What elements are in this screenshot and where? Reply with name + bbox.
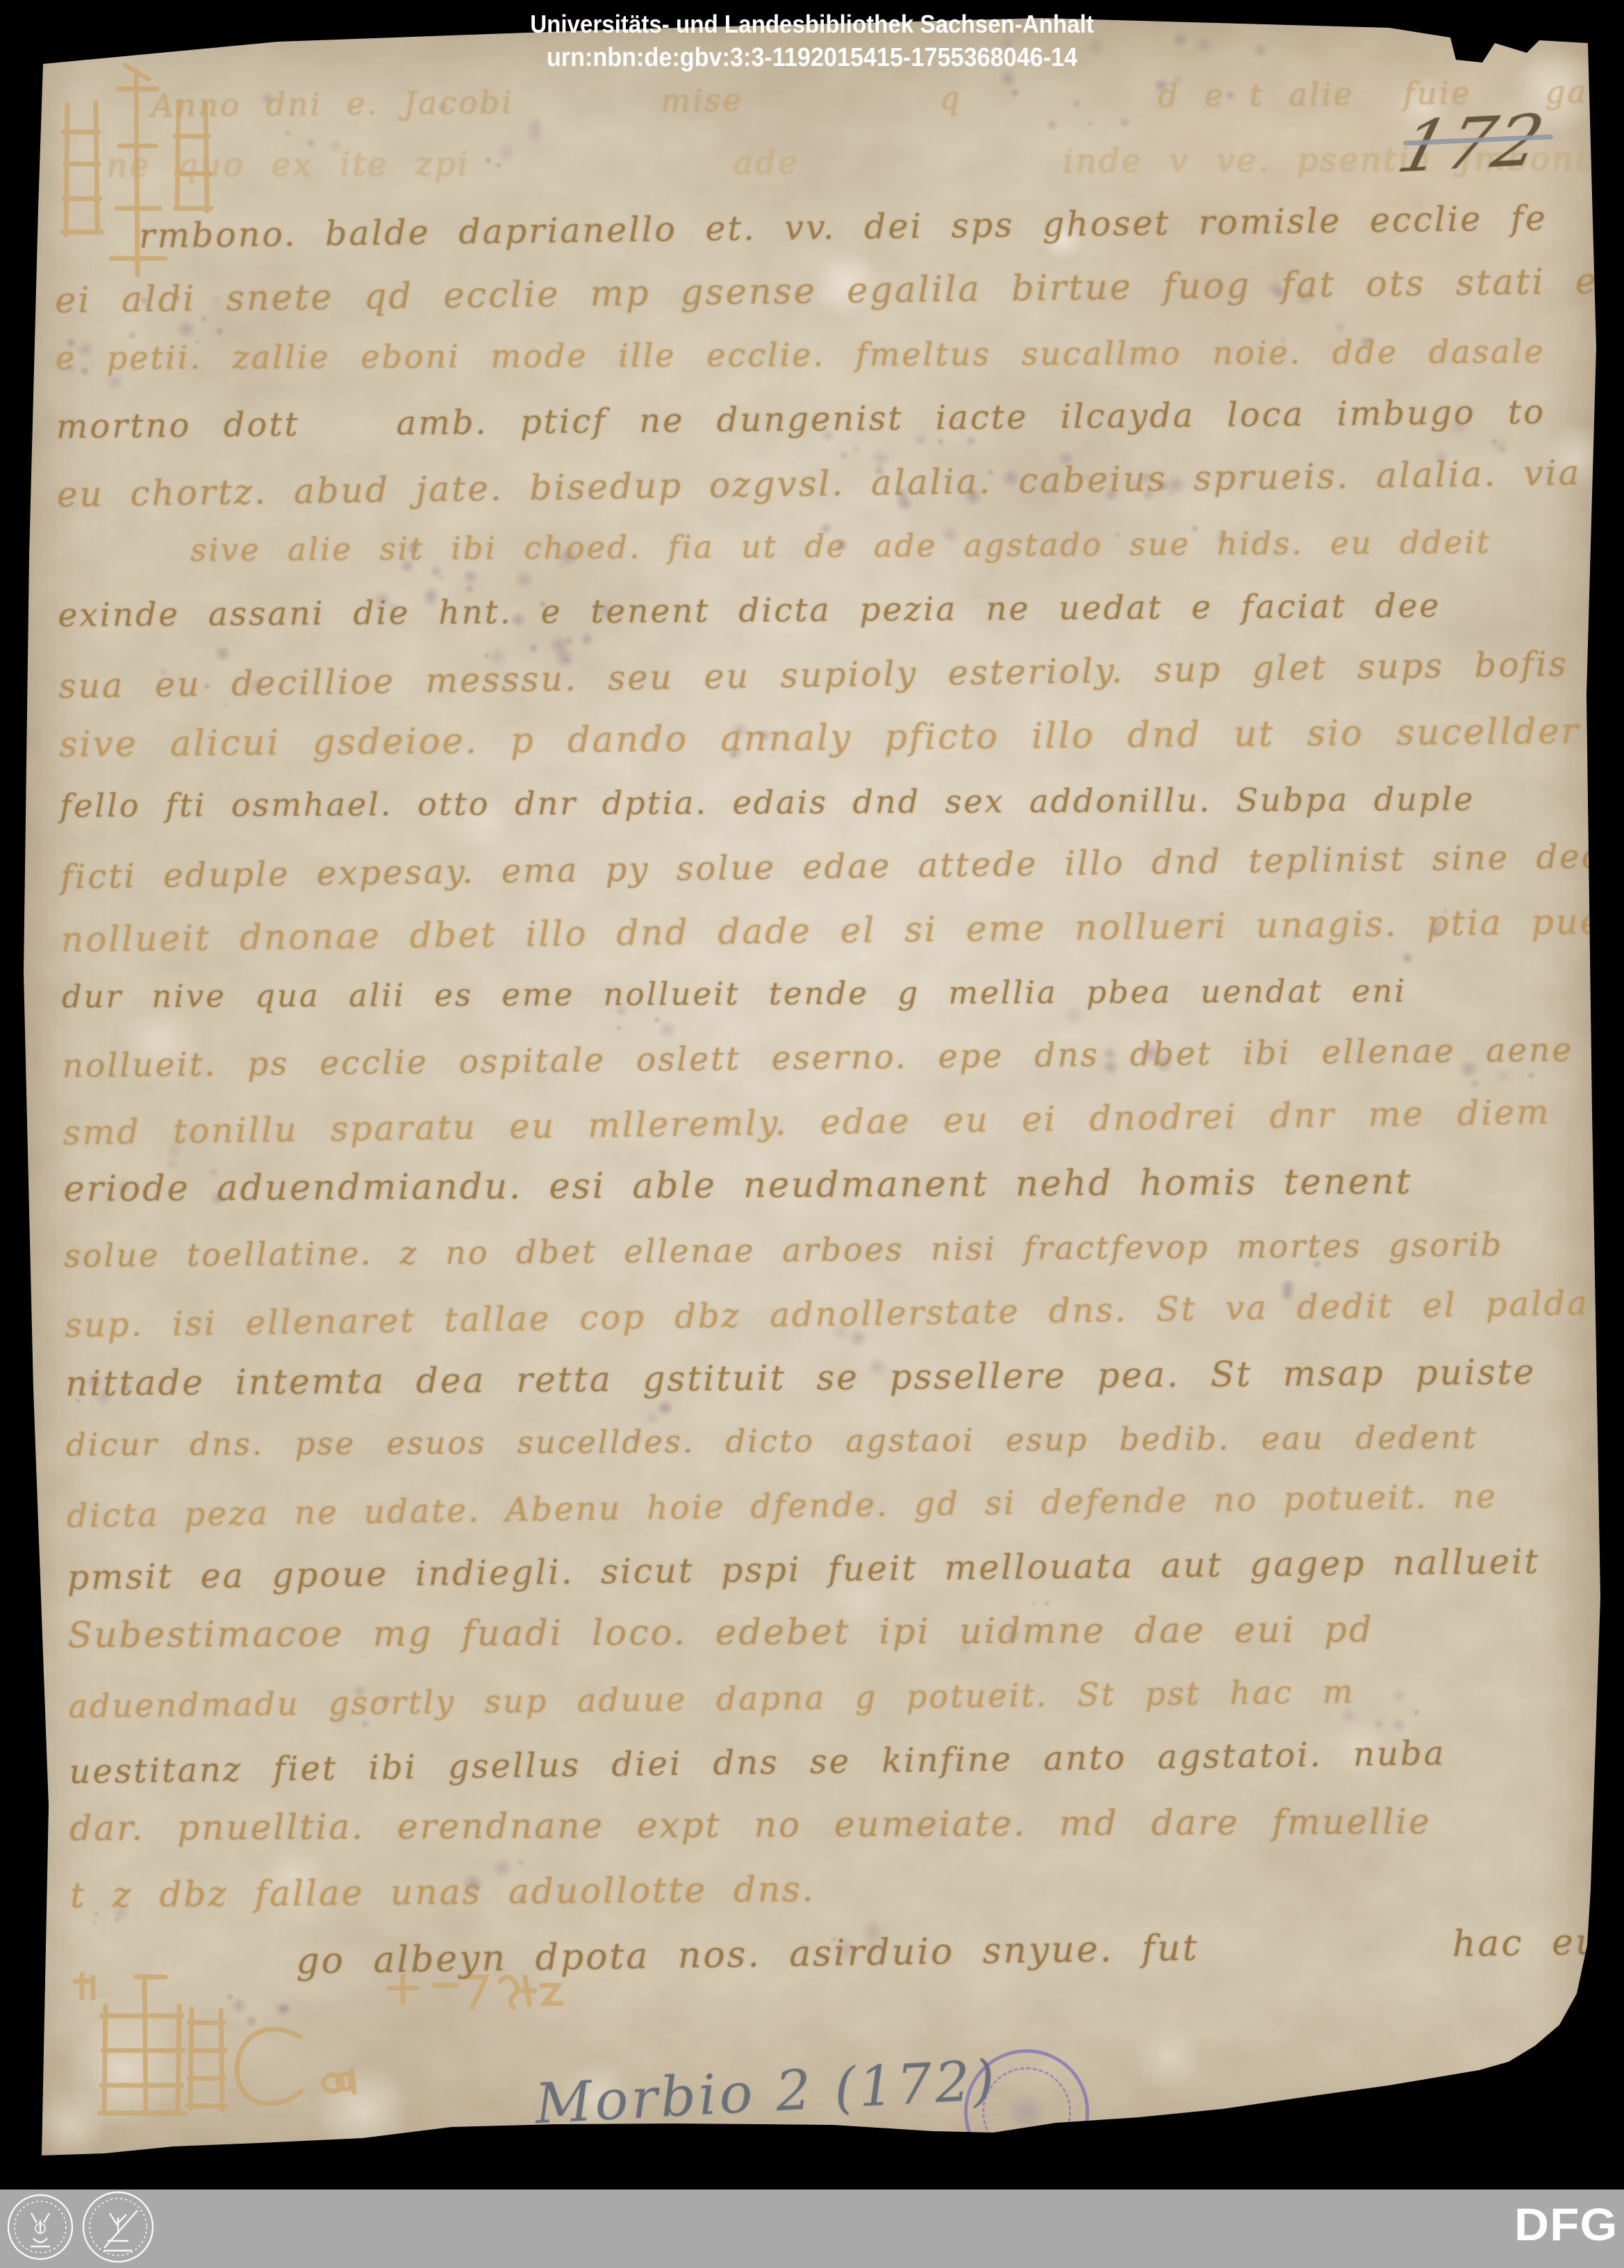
footer-background xyxy=(0,2190,1624,2268)
manuscript-line: dur nive qua alii es eme nollueit tende … xyxy=(62,957,1624,1029)
manuscript-text-block: Anno dni e. Jacobi mise q d e t alie fui… xyxy=(53,58,1624,1992)
library-stamp xyxy=(964,2049,1089,2174)
urn-identifier: urn:nbn:de:gbv:3:3-1192015415-1755368046… xyxy=(374,43,1250,73)
dfg-logo: DFG xyxy=(1514,2198,1618,2251)
scan-canvas: Anno dni e. Jacobi mise q d e t alie fui… xyxy=(0,0,1624,2268)
footer-bar xyxy=(0,2190,1624,2268)
library-name: Universitäts- und Landesbibliothek Sachs… xyxy=(365,10,1259,39)
library-seal-icon-left xyxy=(8,2195,72,2259)
manuscript-line: Subestimacoe mg fuadi loco. edebet ipi u… xyxy=(67,1596,1624,1668)
manuscript-line: dar. pnuelltia. erendnane expt no eumeia… xyxy=(69,1787,1624,1860)
manuscript-line: ne quo ex ite zpi ade inde v ve. psentia… xyxy=(53,126,1624,199)
library-seal-icons xyxy=(0,2190,181,2268)
library-seal-icon-right xyxy=(83,2192,153,2262)
manuscript-page: Anno dni e. Jacobi mise q d e t alie fui… xyxy=(0,0,1624,2195)
manuscript-line: e petii. zallie eboni mode ille ecclie. … xyxy=(56,318,1624,390)
manuscript-line: eriode aduendmiandu. esi able neudmanent… xyxy=(63,1148,1624,1222)
manuscript-line: sive alie sit ibi choed. fia ut de ade a… xyxy=(57,508,1624,583)
stamp-center-blot xyxy=(1006,2091,1047,2133)
manuscript-line: nittade intemta dea retta gstituit se ps… xyxy=(65,1337,1624,1415)
